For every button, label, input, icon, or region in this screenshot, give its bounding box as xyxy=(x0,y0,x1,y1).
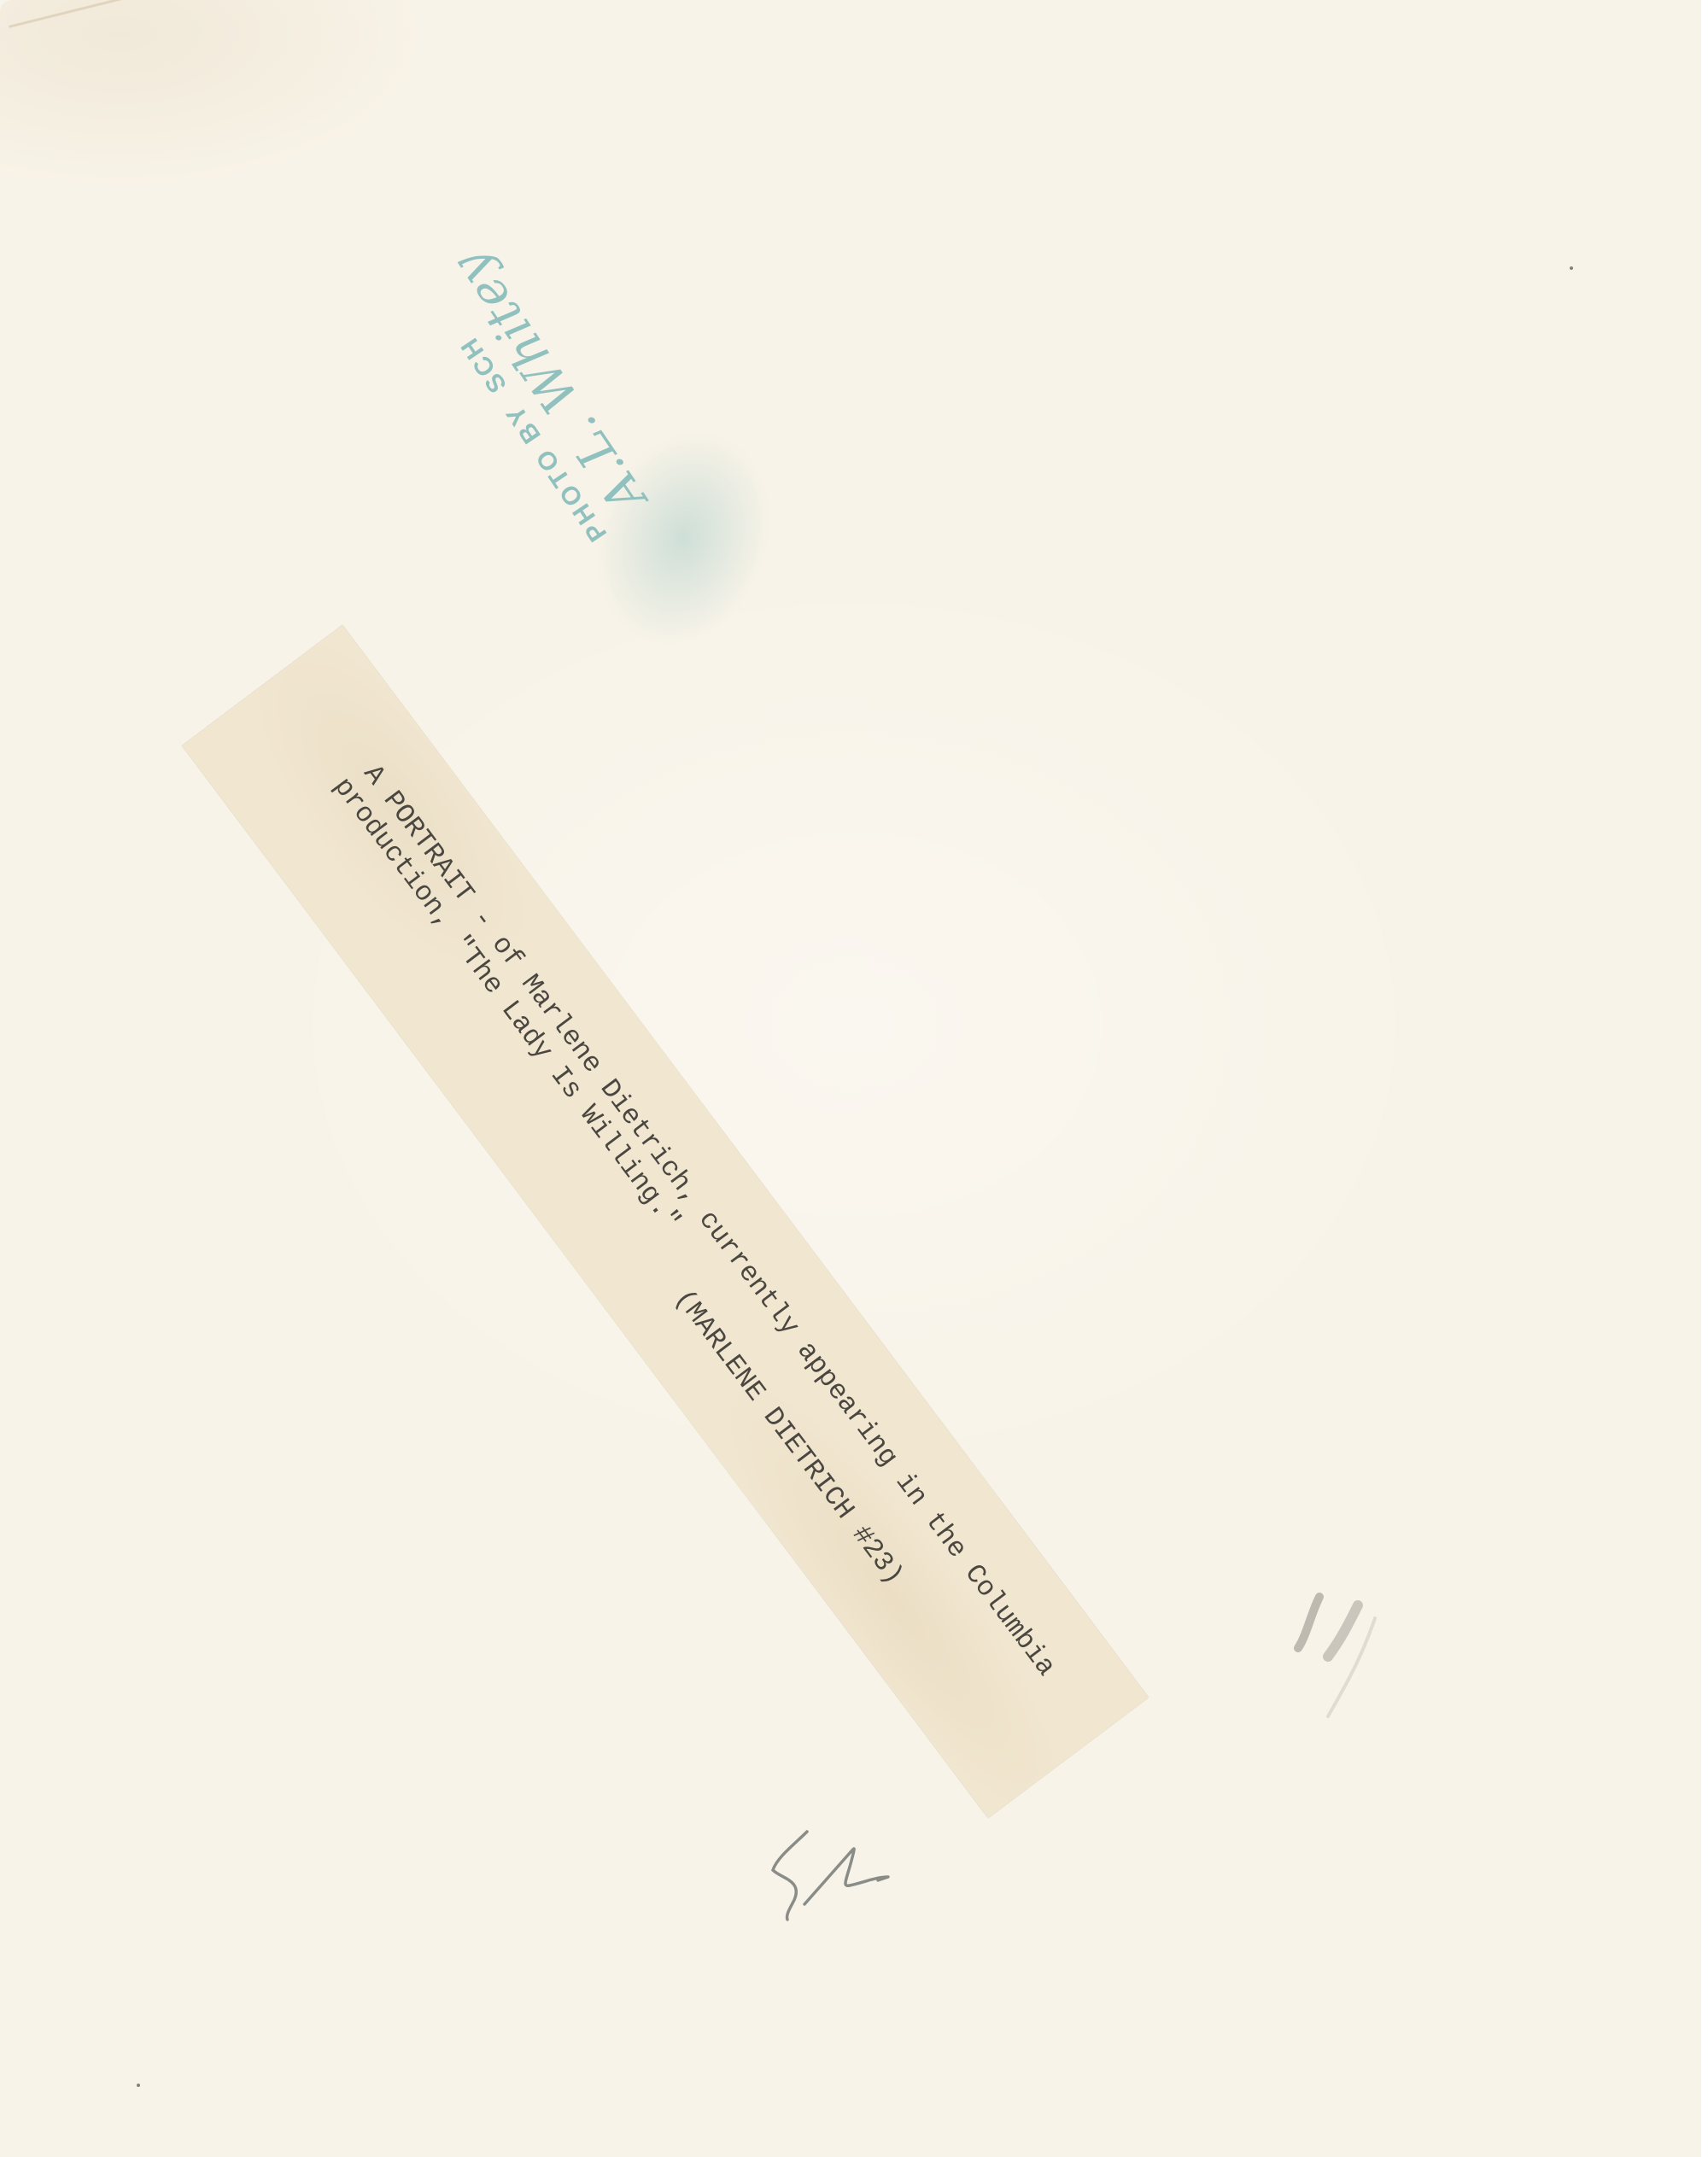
corner-crease xyxy=(9,0,200,28)
pencil-smudge xyxy=(1247,1588,1401,1725)
scan-background-edge xyxy=(1701,0,1708,2157)
paper-speck xyxy=(1570,266,1573,270)
pencil-number-annotation xyxy=(769,1819,939,1921)
paper-speck xyxy=(137,2084,140,2087)
